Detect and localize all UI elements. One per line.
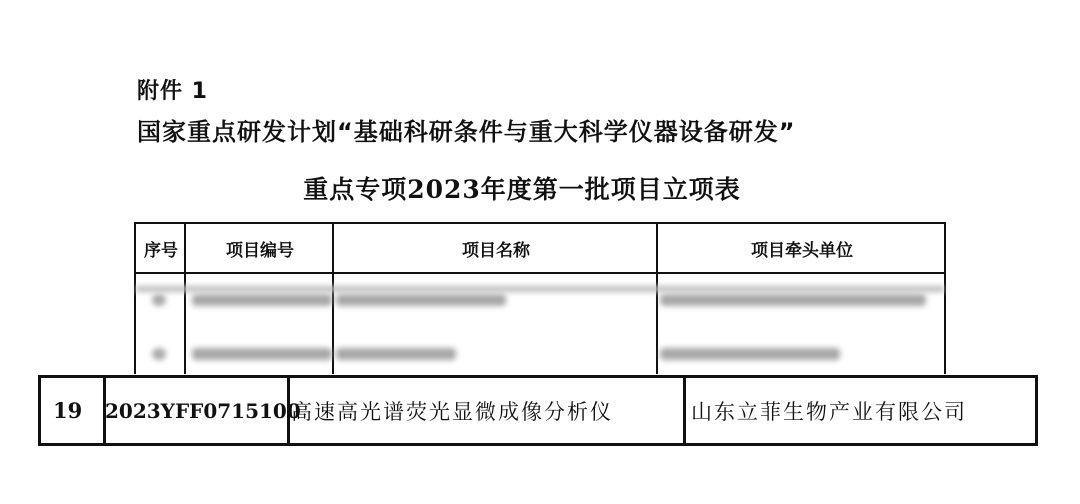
lead-unit: 山东立菲生物产业有限公司 xyxy=(691,378,967,443)
column-header-name: 项目名称 xyxy=(334,224,658,272)
document-title: 国家重点研发计划“基础科研条件与重大科学仪器设备研发” xyxy=(137,112,796,147)
column-header-code: 项目编号 xyxy=(186,224,334,272)
row-separator xyxy=(136,286,944,292)
document-subtitle: 重点专项2023年度第一批项目立项表 xyxy=(0,170,1080,206)
column-header-index: 序号 xyxy=(136,224,186,272)
column-divider xyxy=(683,375,686,446)
subtitle-text: 重点专项2023年度第一批项目立项表 xyxy=(303,175,741,204)
project-table: 序号 项目编号 项目名称 项目牵头单位 xyxy=(134,222,946,374)
project-name: 高速高光谱荧光显微成像分析仪 xyxy=(291,378,613,443)
table-header-row: 序号 项目编号 项目名称 项目牵头单位 xyxy=(136,224,944,274)
highlighted-table-row: 19 2023YFF0715100 高速高光谱荧光显微成像分析仪 山东立菲生物产… xyxy=(38,375,1038,446)
row-index: 19 xyxy=(53,378,82,443)
annex-label: 附件 1 xyxy=(137,74,208,105)
column-header-unit: 项目牵头单位 xyxy=(658,224,946,272)
project-code: 2023YFF0715100 xyxy=(105,378,301,443)
